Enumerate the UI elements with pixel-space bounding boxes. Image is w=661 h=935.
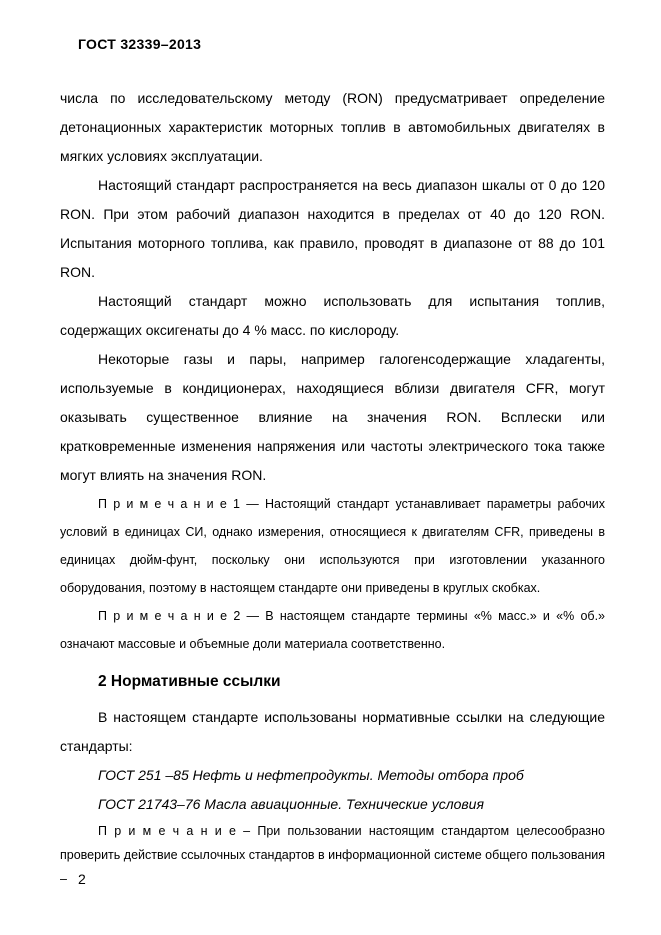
reference-item: ГОСТ 21743–76 Масла авиационные. Техниче… bbox=[60, 790, 605, 819]
document-header: ГОСТ 32339–2013 bbox=[78, 36, 201, 52]
note-references: П р и м е ч а н и е – При пользовании на… bbox=[60, 819, 605, 891]
paragraph-scope-range: Настоящий стандарт распространяется на в… bbox=[60, 171, 605, 287]
page-number: 2 bbox=[78, 871, 86, 887]
section-heading-normative-references: 2 Нормативные ссылки bbox=[60, 667, 605, 696]
document-body: числа по исследовательскому методу (RON)… bbox=[60, 84, 605, 891]
paragraph-oxygenates: Настоящий стандарт можно использовать дл… bbox=[60, 287, 605, 345]
reference-item: ГОСТ 251 –85 Нефть и нефтепродукты. Мето… bbox=[60, 761, 605, 790]
paragraph-interference: Некоторые газы и пары, например галогенс… bbox=[60, 345, 605, 490]
document-page: ГОСТ 32339–2013 числа по исследовательск… bbox=[0, 0, 661, 935]
note-2: П р и м е ч а н и е 2 — В настоящем стан… bbox=[60, 602, 605, 658]
paragraph-references-intro: В настоящем стандарте использованы норма… bbox=[60, 703, 605, 761]
note-1: П р и м е ч а н и е 1 — Настоящий станда… bbox=[60, 490, 605, 602]
paragraph-intro-continuation: числа по исследовательскому методу (RON)… bbox=[60, 84, 605, 171]
